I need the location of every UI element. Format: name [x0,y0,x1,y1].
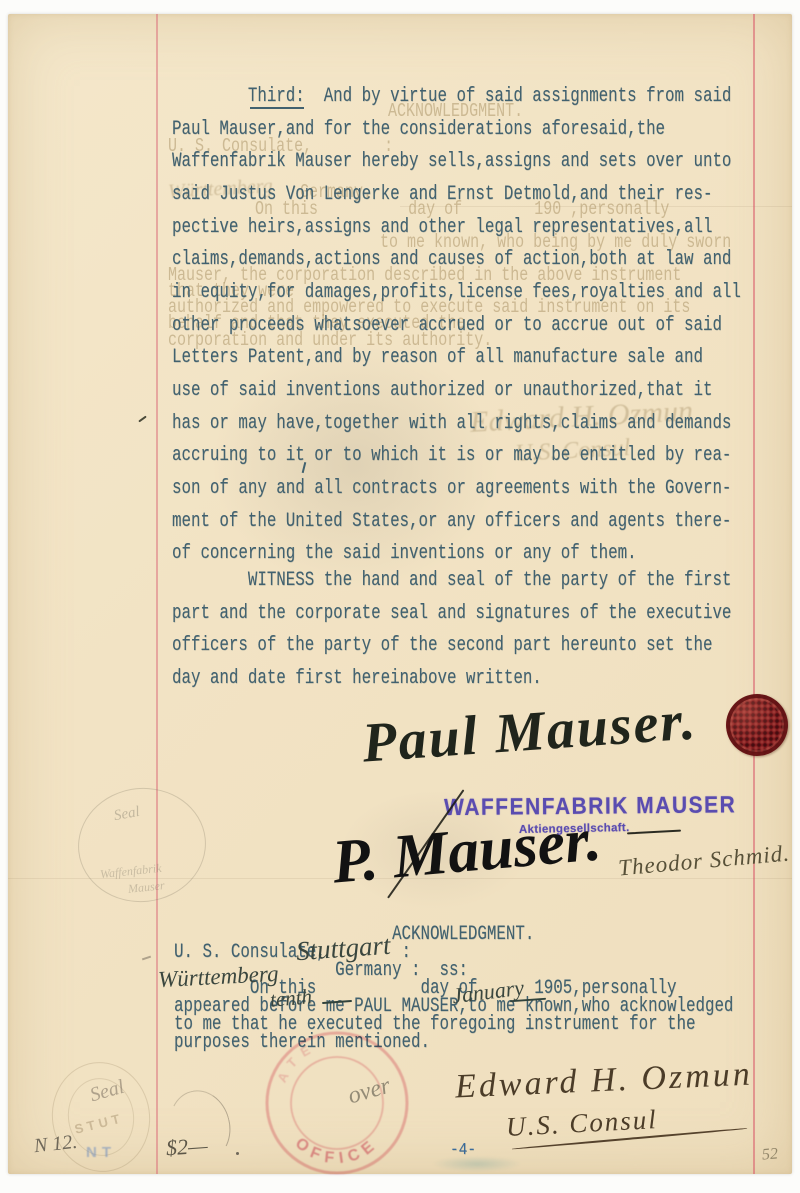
third-underline [250,107,304,109]
scanned-document-page: { "page": { "number": "-4-", "corner_num… [0,0,800,1193]
witness-paragraph: WITNESS the hand and seal of the party o… [172,565,731,696]
body-paragraph: Third: And by virtue of said assignments… [172,81,741,571]
corner-number: 52 [761,1145,779,1164]
handwritten-place: Stuttgart [295,930,391,968]
blue-stamp-fragment: NT [86,1144,116,1161]
office-stamp-text: OFFICE [292,1135,382,1168]
handwritten-day: tenth [269,984,313,1013]
right-margin-line [753,14,755,1174]
office-receiving-stamp: OFFICE ATE [262,1028,412,1178]
svg-text:OFFICE: OFFICE [292,1135,382,1168]
pencil-dot [236,1152,239,1155]
left-margin-line [156,14,158,1174]
red-wax-seal [726,694,788,756]
page-number: -4- [450,1141,476,1160]
